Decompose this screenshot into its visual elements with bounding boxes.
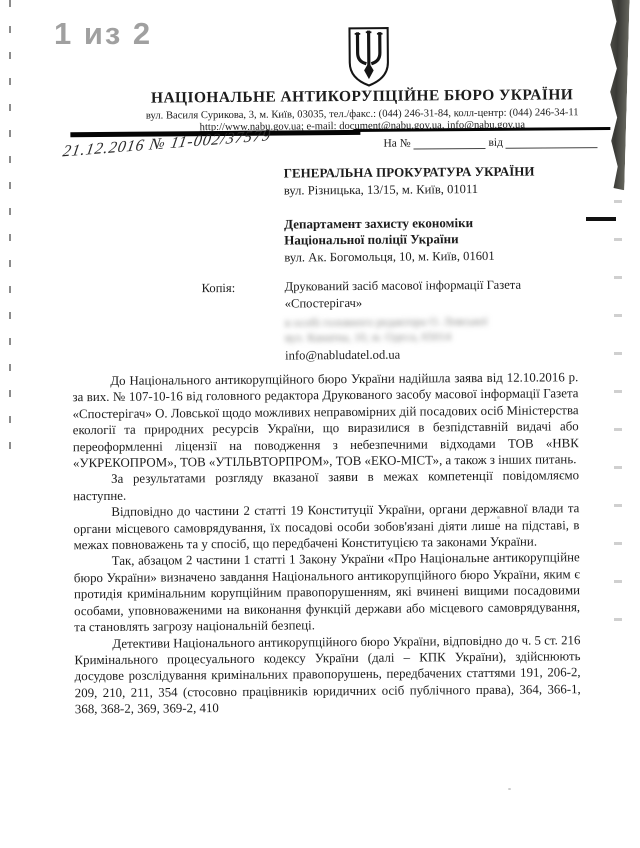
- letter-body: До Національного антикорупційного бюро У…: [72, 369, 581, 717]
- letter-content: НАЦІОНАЛЬНЕ АНТИКОРУПЦІЙНЕ БЮРО УКРАЇНИ …: [0, 0, 640, 848]
- ukraine-trident-emblem-icon: [345, 26, 393, 88]
- body-paragraph-2: За результатами розгляду вказаної заяви …: [73, 468, 579, 505]
- reply-reference-line: На № від: [383, 136, 597, 150]
- reply-no-label: На №: [383, 138, 410, 150]
- redacted-line2: вул. Канатна, 10, м. Одеса, 65014: [285, 328, 522, 344]
- recipient-secondary-name-line2: Національної поліції України: [284, 231, 494, 249]
- body-paragraph-1: До Національного антикорупційного бюро У…: [72, 369, 579, 471]
- redacted-line1: в особі головного редактора О. Ловської: [285, 314, 522, 330]
- recipient-primary-address: вул. Різницька, 13/15, м. Київ, 01011: [284, 182, 535, 199]
- copy-recipient: Друкований засіб масової інформації Газе…: [285, 277, 522, 364]
- recipient-secondary-name-line1: Департамент захисту економіки: [284, 215, 494, 233]
- recipient-secondary-address: вул. Ак. Богомольця, 10, м. Київ, 01601: [284, 249, 494, 266]
- reply-from-label: від: [488, 137, 503, 149]
- body-paragraph-5: Детективи Національного антикорупційного…: [74, 632, 581, 718]
- copy-label: Копія:: [202, 281, 236, 296]
- copy-recipient-line1: Друкований засіб масової інформації Газе…: [285, 277, 522, 295]
- copy-recipient-redacted: в особі головного редактора О. Ловської …: [285, 314, 522, 345]
- scanned-letter-page: 1 из 2 НАЦІОНАЛЬНЕ АНТИКОРУПЦІЙНЕ БЮРО У…: [0, 0, 640, 848]
- org-name: НАЦІОНАЛЬНЕ АНТИКОРУПЦІЙНЕ БЮРО УКРАЇНИ: [84, 86, 640, 108]
- recipient-primary: ГЕНЕРАЛЬНА ПРОКУРАТУРА УКРАЇНИ вул. Різн…: [284, 164, 535, 199]
- body-paragraph-4: Так, абзацом 2 частини 1 статті 1 Закону…: [74, 550, 581, 636]
- recipient-primary-name: ГЕНЕРАЛЬНА ПРОКУРАТУРА УКРАЇНИ: [284, 164, 535, 182]
- copy-recipient-line2: «Спостерігач»: [285, 293, 522, 311]
- page-indicator: 1 из 2: [54, 16, 152, 52]
- body-paragraph-3: Відповідно до частини 2 статті 19 Консти…: [73, 500, 579, 553]
- reply-from-blank: [506, 136, 598, 149]
- recipient-secondary: Департамент захисту економіки Національн…: [284, 215, 495, 266]
- reply-no-blank: [414, 137, 486, 150]
- copy-recipient-email: info@nabludatel.od.ua: [285, 346, 522, 364]
